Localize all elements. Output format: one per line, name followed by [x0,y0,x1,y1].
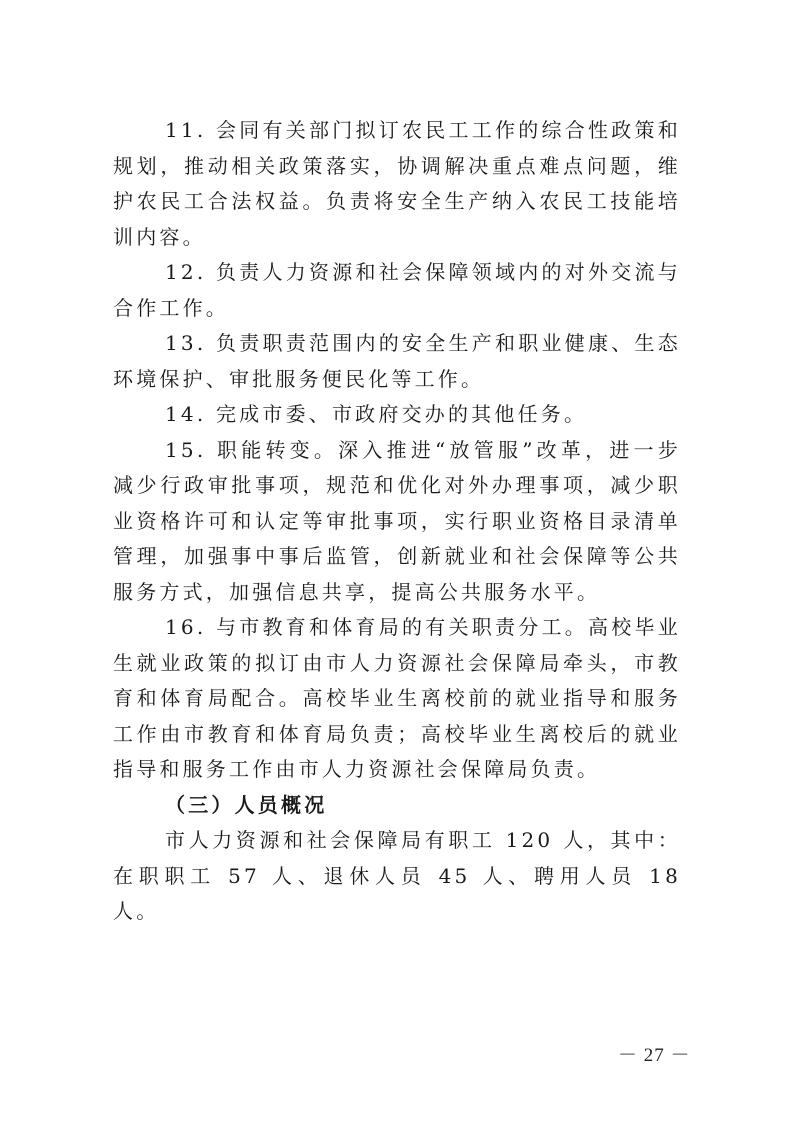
paragraph-item-14: 14. 完成市委、市政府交办的其他任务。 [113,397,681,433]
paragraph-item-13: 13. 负责职责范围内的安全生产和职业健康、生态环境保护、审批服务便民化等工作。 [113,326,681,397]
paragraph-item-16: 16. 与市教育和体育局的有关职责分工。高校毕业生就业政策的拟订由市人力资源社会… [113,610,681,788]
paragraph-item-11: 11. 会同有关部门拟订农民工工作的综合性政策和规划，推动相关政策落实，协调解决… [113,113,681,255]
paragraph-staff-overview: 市人力资源和社会保障局有职工 120 人，其中：在职职工 57 人、退休人员 4… [113,823,681,930]
page-number: － 27 － [618,1040,691,1067]
paragraph-item-15: 15. 职能转变。深入推进“放管服”改革，进一步减少行政审批事项，规范和优化对外… [113,433,681,611]
document-page: 11. 会同有关部门拟订农民工工作的综合性政策和规划，推动相关政策落实，协调解决… [113,113,681,930]
section-heading-staff-overview: （三）人员概况 [113,788,681,824]
paragraph-item-12: 12. 负责人力资源和社会保障领域内的对外交流与合作工作。 [113,255,681,326]
